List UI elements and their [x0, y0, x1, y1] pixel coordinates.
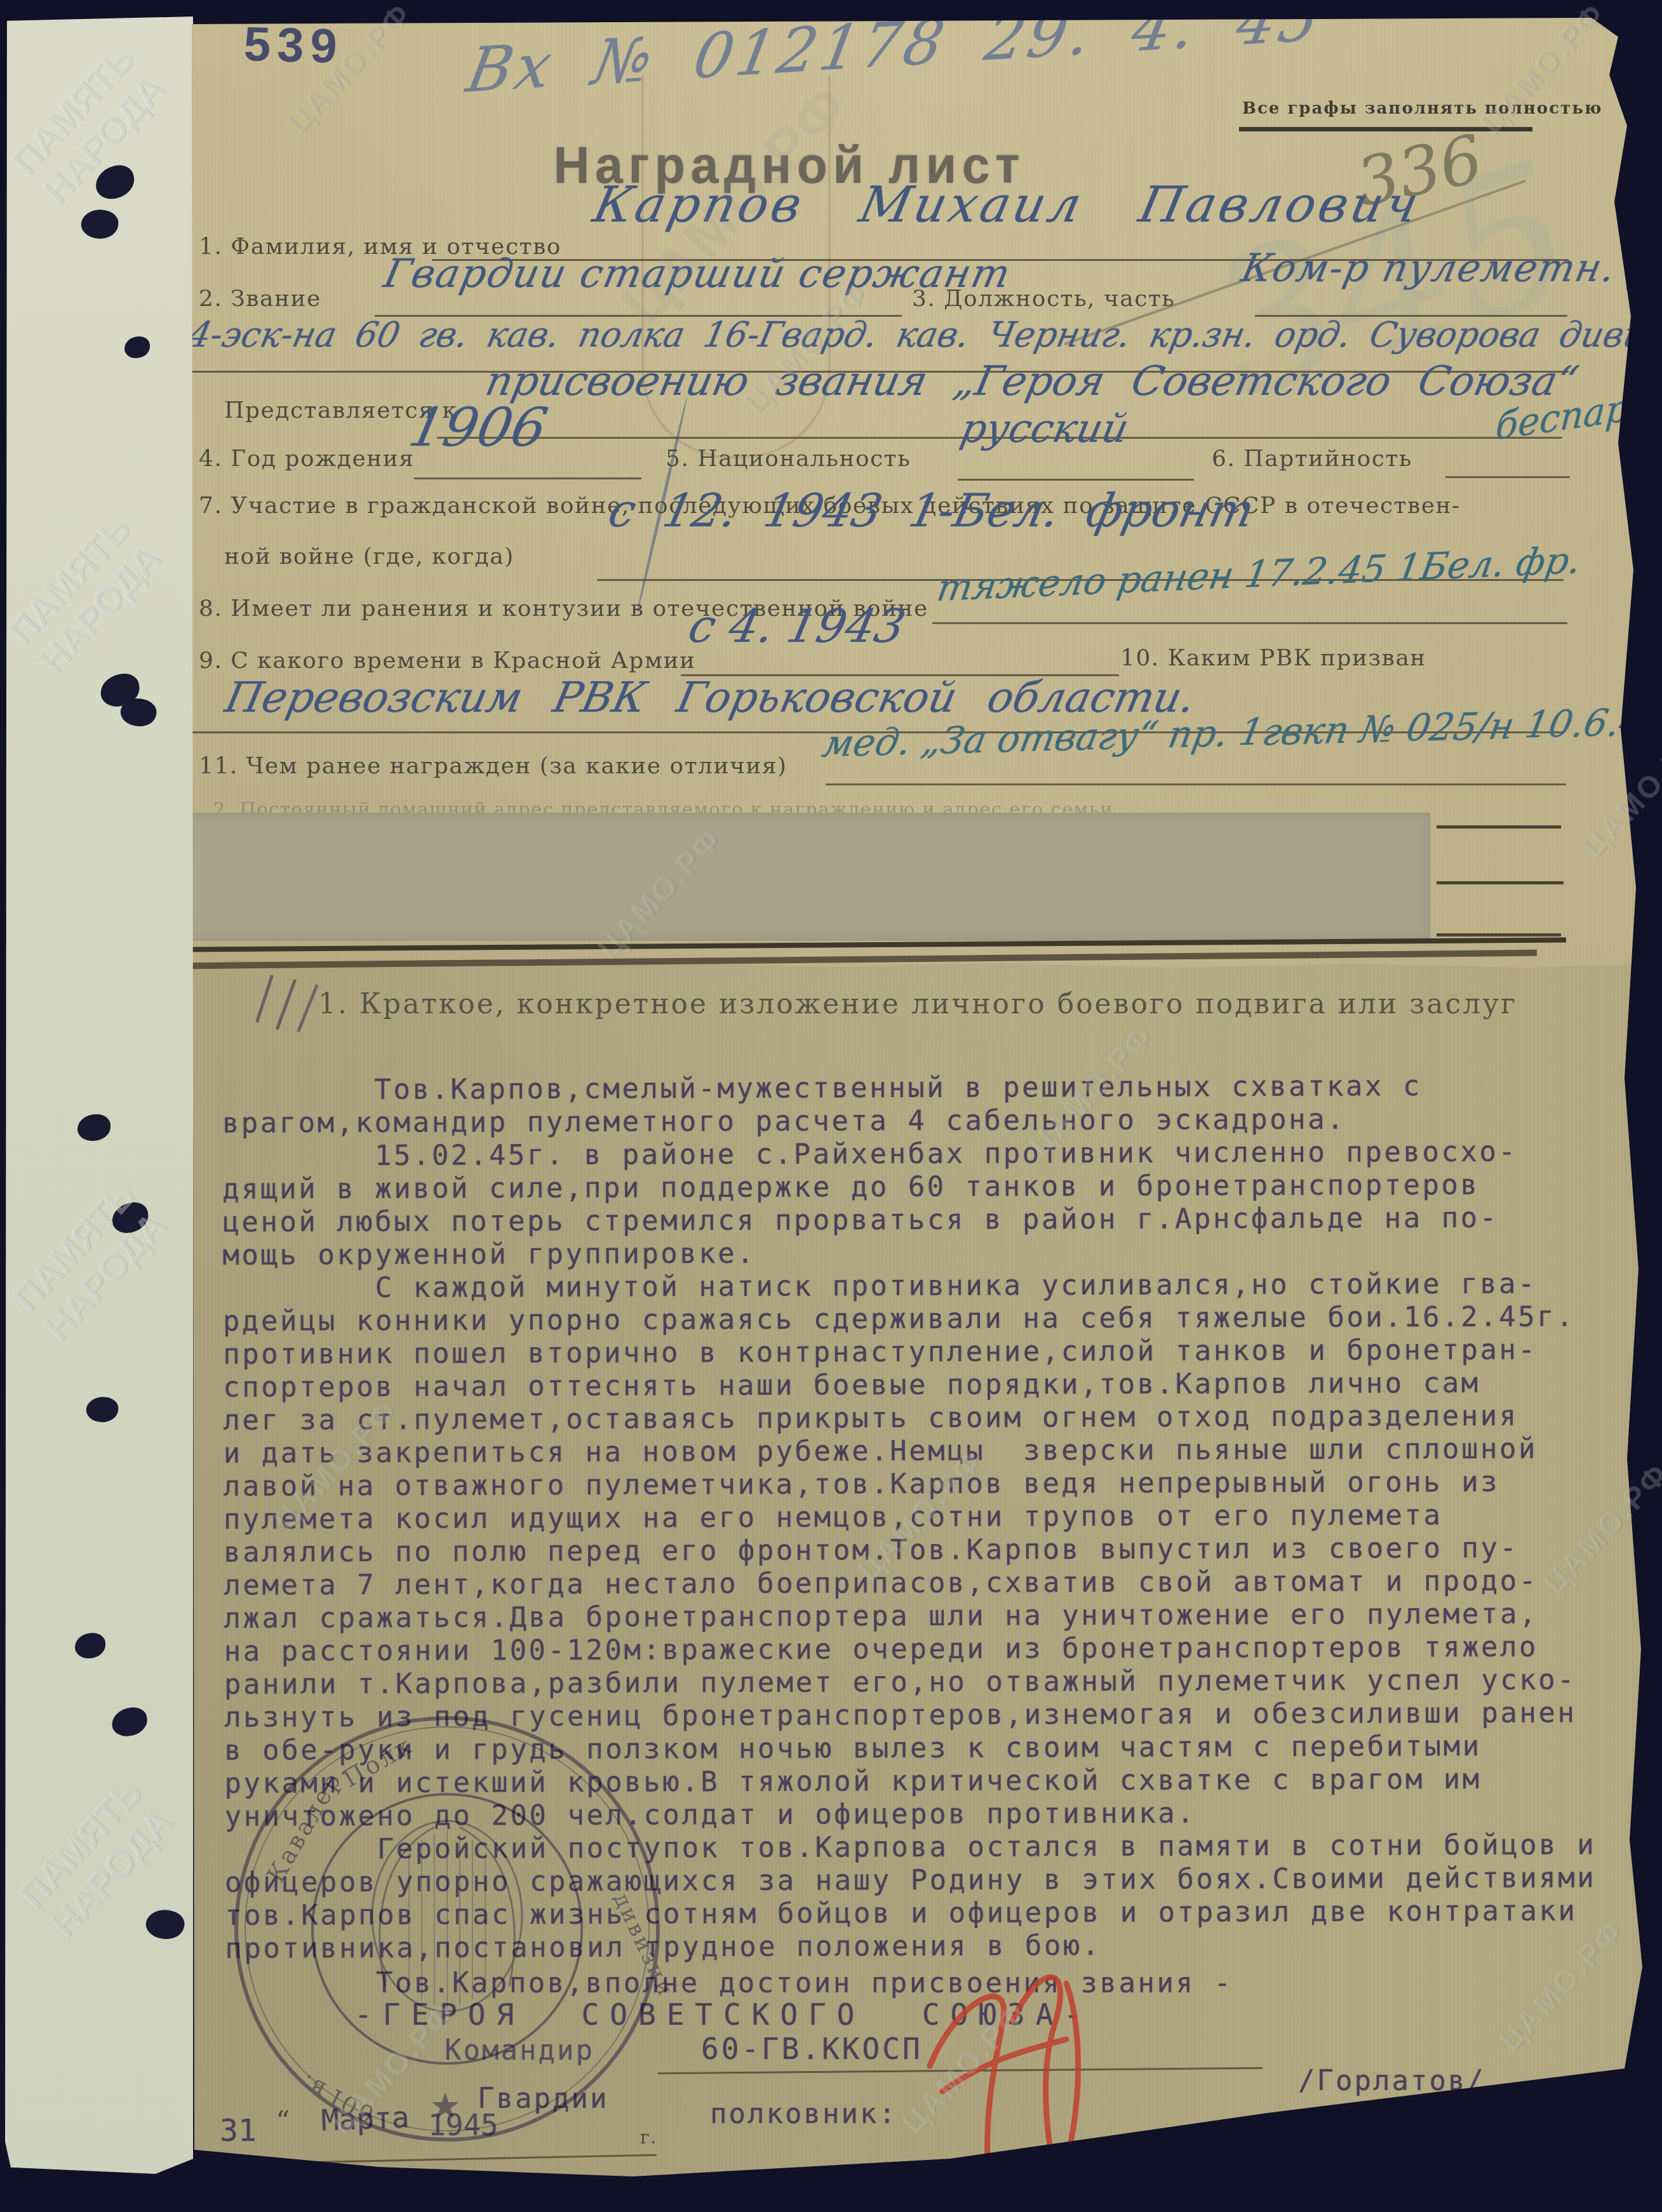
redaction-block [184, 813, 1430, 941]
handwritten-position: Ком-р пулеметн. расчета [1238, 246, 1662, 291]
fill-note: Все графы заполнять полностью [1242, 99, 1602, 118]
signature-rank2: полковник: [710, 2098, 897, 2130]
field-label-prior-awards: 11. Чем ранее награжден (за какие отличи… [199, 753, 787, 779]
binding-strip [5, 17, 193, 2174]
punch-hole [92, 162, 138, 203]
punch-hole [79, 206, 120, 241]
unit-round-stamp: Кавалер. Полк 60Гв. дивизии ★ [225, 1707, 669, 2151]
rule-line [826, 783, 1566, 785]
rule-line [1437, 933, 1561, 936]
field-label-position: 3. Должность, часть [912, 286, 1175, 312]
handwritten-inbox-number: Вх № 012178 29. 4. 45 [462, 0, 1329, 107]
punch-hole [110, 1705, 149, 1738]
scanned-award-document: 539 Вх № 012178 29. 4. 45 Все графы запо… [0, 0, 1662, 2212]
handwritten-name: Карпов Михаил Павлович [588, 177, 1426, 234]
stamp-star-icon: ★ [429, 2086, 464, 2127]
signature-surname: /Горлатов/ [1298, 2065, 1485, 2097]
punch-hole [84, 1395, 119, 1425]
archive-page-number-stamp: 539 [243, 17, 344, 74]
rule-line [932, 622, 1567, 624]
signature-unit: 60-ГВ.ККОСП [701, 2032, 923, 2066]
rule-line [1437, 825, 1561, 829]
award-sheet-page: 539 Вх № 012178 29. 4. 45 Все графы запо… [188, 18, 1642, 2189]
handwritten-presented: присвоению звания „Героя Советского Союз… [481, 358, 1582, 405]
stamp-text-fragment: 60Гв. [294, 2067, 379, 2129]
handwritten-war-participation: с 12. 1943 1-Бел. фронт [604, 484, 1259, 537]
handwritten-service-since: с 4. 1943 [684, 599, 910, 653]
rule-line [1445, 476, 1570, 478]
stamp-text-fragment: дивизии [608, 1889, 669, 2002]
punch-hole [75, 1633, 105, 1658]
field-label-birth-year: 4. Год рождения [199, 446, 414, 472]
field-label-war-participation-2: ной войне (где, когда) [224, 543, 514, 570]
field-label-rvk: 10. Каким РВК призван [1120, 645, 1426, 671]
handwritten-birth-year: 1906 [404, 396, 553, 458]
field-label-party: 6. Партийность [1212, 446, 1412, 472]
rule-line [1437, 881, 1564, 884]
field-label-nationality: 5. Национальность [666, 446, 911, 472]
punch-hole [109, 1199, 151, 1236]
red-pencil-signature [917, 1945, 1120, 2199]
rule-line [414, 477, 641, 479]
field-label-rank: 2. Звание [199, 286, 321, 312]
field-label-service-since: 9. С какого времени в Красной Армии [199, 648, 695, 674]
fill-note-underbar [1239, 127, 1532, 131]
punch-hole [144, 1906, 187, 1942]
handwritten-nationality: русский [956, 405, 1133, 451]
handwritten-wounds: тяжело ранен 17.2.45 1Бел. фр. [934, 538, 1585, 610]
handwritten-unit: 4-эск-на 60 гв. кав. полка 16-Гвард. кав… [185, 315, 1662, 355]
punch-hole [77, 1114, 111, 1141]
feat-section-header: 1. Краткое, конкретное изложение личного… [318, 988, 1517, 1020]
rule-line [958, 479, 1194, 481]
punch-hole [124, 336, 150, 358]
handwritten-rvk: Перевозским РВК Горьковской области. [221, 673, 1200, 722]
